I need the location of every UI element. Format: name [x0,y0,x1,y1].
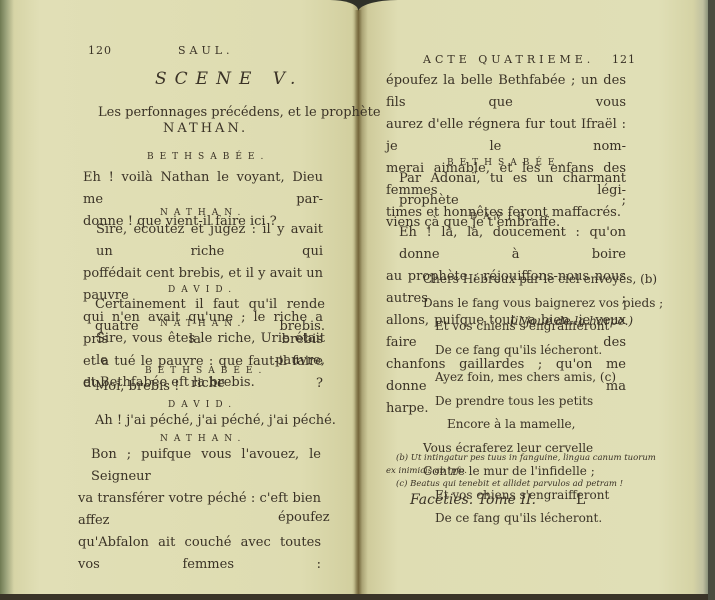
signature-line: Facéties. Tome II. [410,489,536,511]
speech-line: qu'Abfalon ait couché avec toutes vos fe… [78,532,321,576]
right-running-head: ACTE QUATRIEME. [423,53,594,66]
verse-line: De prendre tous les petits [423,390,663,414]
speech-line: Bon ; puifque vous l'avouez, le Seigneur [78,444,321,488]
stage-direction-character: NATHAN. [163,118,248,140]
speaker-label: BETHSABÉE. [145,366,267,376]
speech-line: Par Adonaï, tu es un charmant prophète ; [386,168,626,212]
speech-block: Ah ! j'ai péché, j'ai péché, j'ai péché. [95,410,336,432]
book-spine-gutter [354,10,362,596]
footnote-b: (b) Ut intingatur pes tuus in fanguine, … [386,452,656,465]
verse-line: Et vos chiens s'engraifferont [423,315,663,339]
speech-line: Sire, écoutez et jugez : il y avait un r… [83,219,323,263]
speech-line: Eh ! là, là, doucement : qu'on donne à b… [386,222,626,266]
speaker-label: NATHAN. [160,208,246,218]
speech-block: Moi, brebis ! [95,376,179,398]
catchword: époufez [278,507,330,529]
speaker-label: BETHSABÉE. [147,152,269,162]
scene-title: SCENE V. [155,69,303,89]
open-book: 120 SAUL. SCENE V. Les perfonnages précé… [0,0,715,600]
verse-line: Encore à la mamelle, [423,413,663,437]
table-edge [0,594,715,600]
left-page-number: 120 [88,44,112,57]
verse-line: De ce fang qu'ils lécheront. [423,339,663,363]
speech-line: Ah ! j'ai péché, j'ai péché, j'ai péché. [95,410,336,432]
speaker-label: DAVID. [168,400,237,410]
verse-line: Chers Hébreux par le ciel envoyés, (b) [423,268,663,292]
right-page-number: 121 [612,53,636,66]
speaker-label: DAVID. [470,212,539,222]
speech-line: Eh ! voilà Nathan le voyant, Dieu me par… [83,167,323,211]
footnotes: (b) Ut intingatur pes tuus in fanguine, … [386,452,656,491]
signature-title: Facéties. Tome II. [410,492,536,508]
signature-mark: L [576,489,585,511]
text-line: époufez la belle Bethfabée ; un des fils… [386,70,626,114]
verse-line: Ayez foin, mes chers amis, (c) [423,366,663,390]
speech-line: Moi, brebis ! [95,376,179,398]
verse-line: Dans le fang vous baignerez vos pieds ; [423,292,663,316]
book-cover-edge [708,0,715,600]
speaker-label: NATHAN. [160,434,246,444]
left-running-head: SAUL. [178,44,234,57]
footnote-b-cont: ex inimicis ab ipfo. [386,465,656,478]
